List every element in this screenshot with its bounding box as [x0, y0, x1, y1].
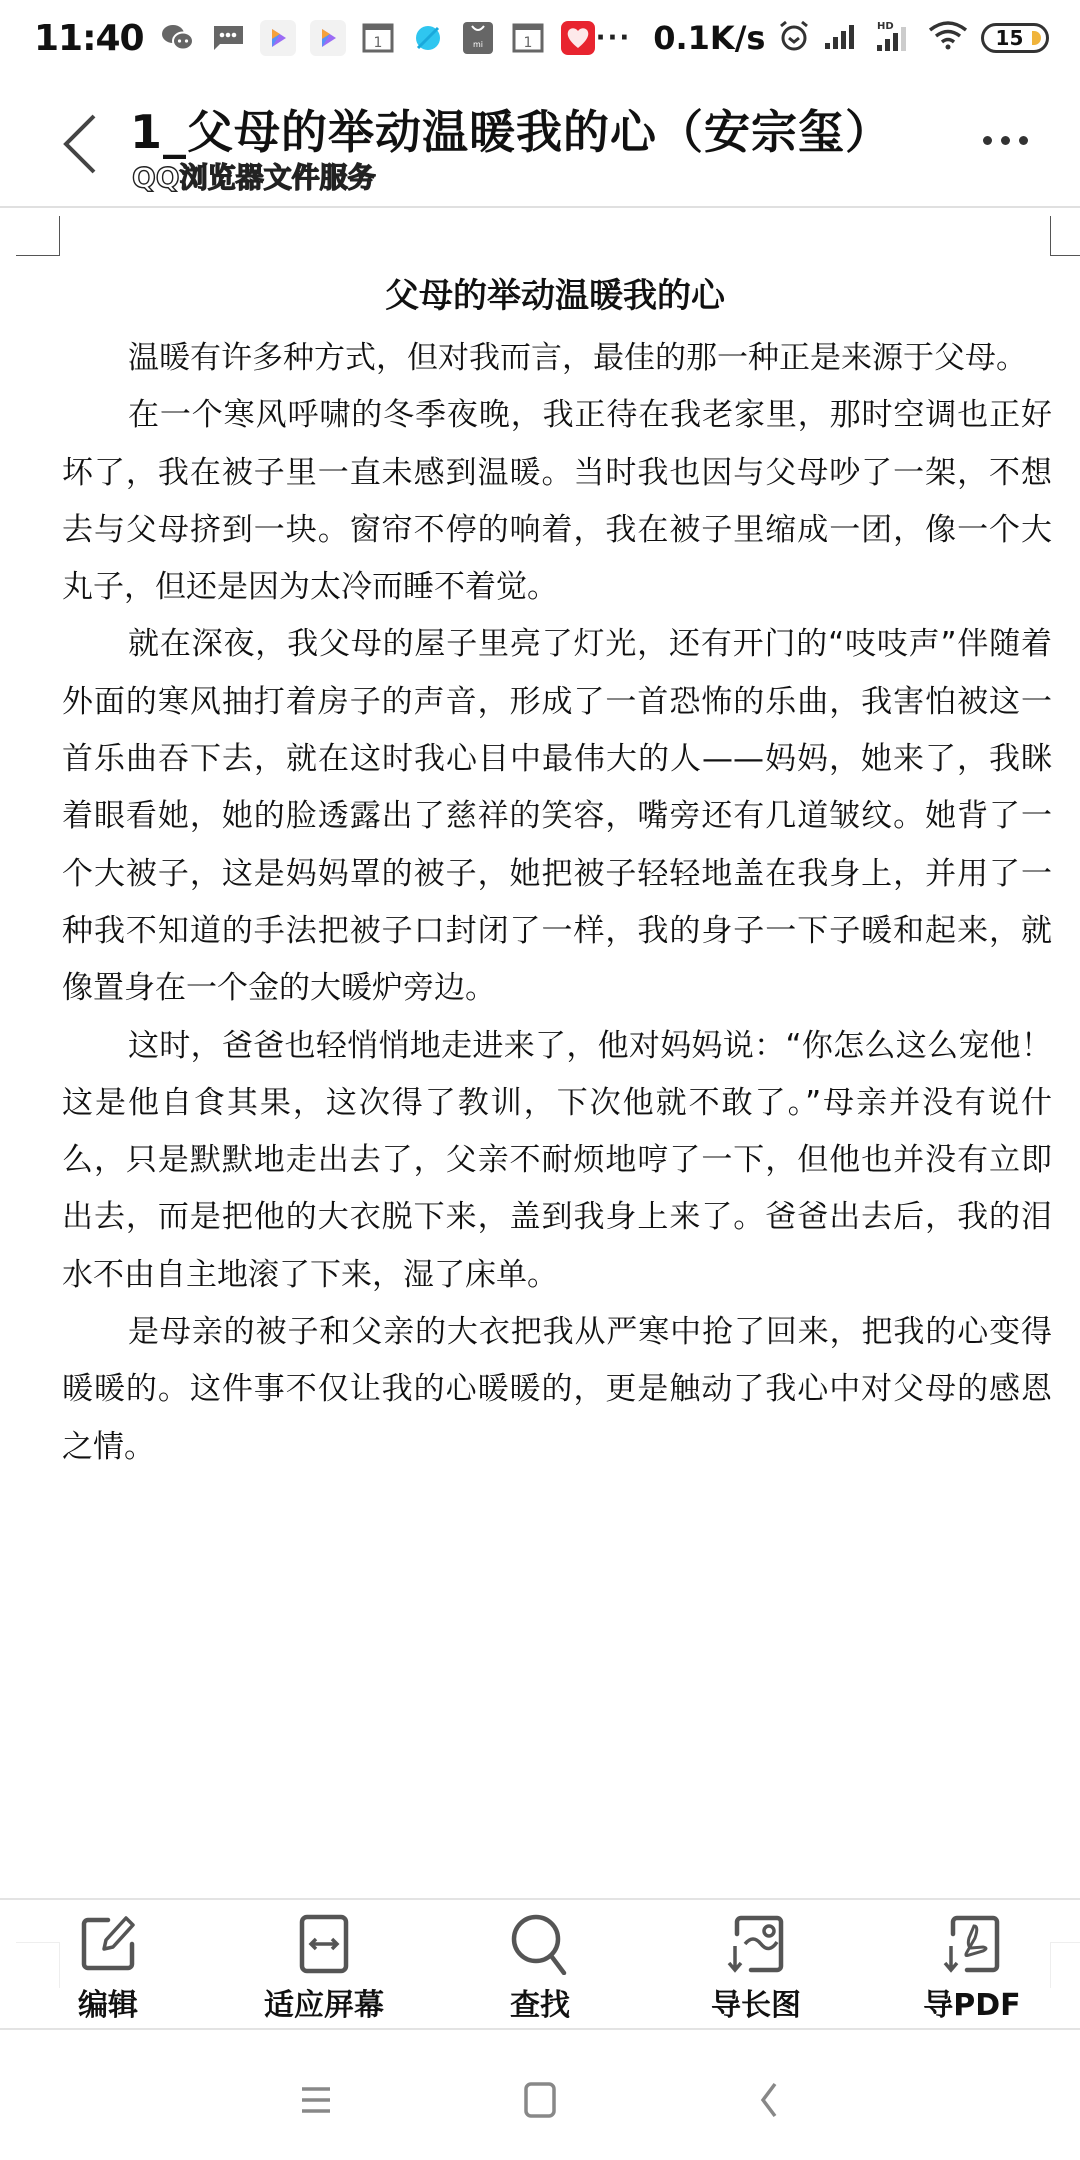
- export-pdf-icon: [940, 1912, 1004, 1976]
- system-back-button[interactable]: [728, 2060, 808, 2140]
- page-corner-mark: [1050, 216, 1080, 256]
- more-dot: [1019, 136, 1028, 145]
- edit-button[interactable]: 编辑: [0, 1900, 216, 2028]
- signal-hd-icon: HD: [875, 19, 915, 57]
- browser-icon: [410, 20, 446, 56]
- more-dot: [983, 136, 992, 145]
- document-view[interactable]: 父母的举动温暖我的心 温暖有许多种方式，但对我而言，最佳的那一种正是来源于父母。…: [0, 210, 1080, 1900]
- battery-level: 15: [996, 26, 1024, 50]
- status-bar: 11:40 1 mi 1 ··· 0.1K/s: [0, 0, 1080, 76]
- paragraph: 就在深夜，我父母的屋子里亮了灯光，还有开门的“吱吱声”伴随着外面的寒风抽打着房子…: [62, 616, 1052, 1017]
- system-navigation-bar: [0, 2032, 1080, 2160]
- bottom-toolbar: 编辑 适应屏幕 查找 导长图 导PDF: [0, 1898, 1080, 2030]
- document-title: 父母的举动温暖我的心: [0, 268, 1080, 317]
- svg-text:mi: mi: [473, 40, 483, 49]
- paragraph: 温暖有许多种方式，但对我而言，最佳的那一种正是来源于父母。: [62, 330, 1052, 387]
- document-body: 温暖有许多种方式，但对我而言，最佳的那一种正是来源于父母。 在一个寒风呼啸的冬季…: [62, 330, 1052, 1476]
- edit-label: 编辑: [78, 1980, 138, 2024]
- paragraph: 是母亲的被子和父亲的大衣把我从严寒中抢了回来，把我的心变得暖暖的。这件事不仅让我…: [62, 1304, 1052, 1476]
- status-right: ··· 0.1K/s HD 15: [596, 19, 1050, 57]
- home-icon: [523, 2081, 557, 2119]
- back-button[interactable]: [50, 104, 110, 184]
- fit-screen-icon: [292, 1912, 356, 1976]
- wechat-icon: [160, 20, 196, 56]
- more-dot: [1001, 136, 1010, 145]
- status-time: 11:40: [34, 18, 144, 59]
- notification-icons: 1 mi 1: [160, 20, 596, 56]
- file-title: 1_父母的举动温暖我的心（安宗玺）: [130, 96, 892, 162]
- export-long-image-button[interactable]: 导长图: [648, 1900, 864, 2028]
- overflow-dots: ···: [596, 23, 632, 53]
- chevron-left-icon: [60, 112, 100, 176]
- svg-text:1: 1: [373, 35, 382, 51]
- menu-button[interactable]: [276, 2060, 356, 2140]
- svg-text:1: 1: [523, 35, 532, 51]
- svg-text:HD: HD: [877, 21, 894, 32]
- mi-store-icon: mi: [460, 20, 496, 56]
- app-header: 1_父母的举动温暖我的心（安宗玺） QQ浏览器文件服务: [0, 80, 1080, 208]
- back-icon: [753, 2081, 783, 2119]
- fit-screen-button[interactable]: 适应屏幕: [216, 1900, 432, 2028]
- wifi-icon: [927, 20, 969, 56]
- alarm-icon: [777, 19, 811, 57]
- home-button[interactable]: [500, 2060, 580, 2140]
- edit-icon: [76, 1912, 140, 1976]
- video-player-icon: [310, 20, 346, 56]
- menu-icon: [299, 2083, 333, 2117]
- export-pdf-button[interactable]: 导PDF: [864, 1900, 1080, 2028]
- search-label: 查找: [510, 1980, 570, 2024]
- calendar-icon: 1: [510, 20, 546, 56]
- fit-screen-label: 适应屏幕: [264, 1980, 384, 2024]
- pinduoduo-icon: [560, 20, 596, 56]
- search-icon: [508, 1912, 572, 1976]
- messages-icon: [210, 20, 246, 56]
- search-button[interactable]: 查找: [432, 1900, 648, 2028]
- export-long-image-label: 导长图: [711, 1980, 801, 2024]
- network-speed: 0.1K/s: [653, 19, 765, 57]
- paragraph: 这时，爸爸也轻悄悄地走进来了，他对妈妈说：“你怎么这么宠他！这是他自食其果，这次…: [62, 1018, 1052, 1304]
- export-pdf-label: 导PDF: [923, 1980, 1020, 2024]
- paragraph: 在一个寒风呼啸的冬季夜晚，我正待在我老家里，那时空调也正好坏了，我在被子里一直未…: [62, 387, 1052, 616]
- file-source: QQ浏览器文件服务: [132, 156, 376, 196]
- calendar-icon: 1: [360, 20, 396, 56]
- battery-fill: [1032, 31, 1041, 45]
- page-corner-mark: [16, 216, 60, 256]
- signal-icon: [823, 21, 863, 55]
- export-long-image-icon: [724, 1912, 788, 1976]
- video-player-icon: [260, 20, 296, 56]
- battery-indicator: 15: [981, 23, 1049, 53]
- more-options-button[interactable]: [970, 120, 1040, 160]
